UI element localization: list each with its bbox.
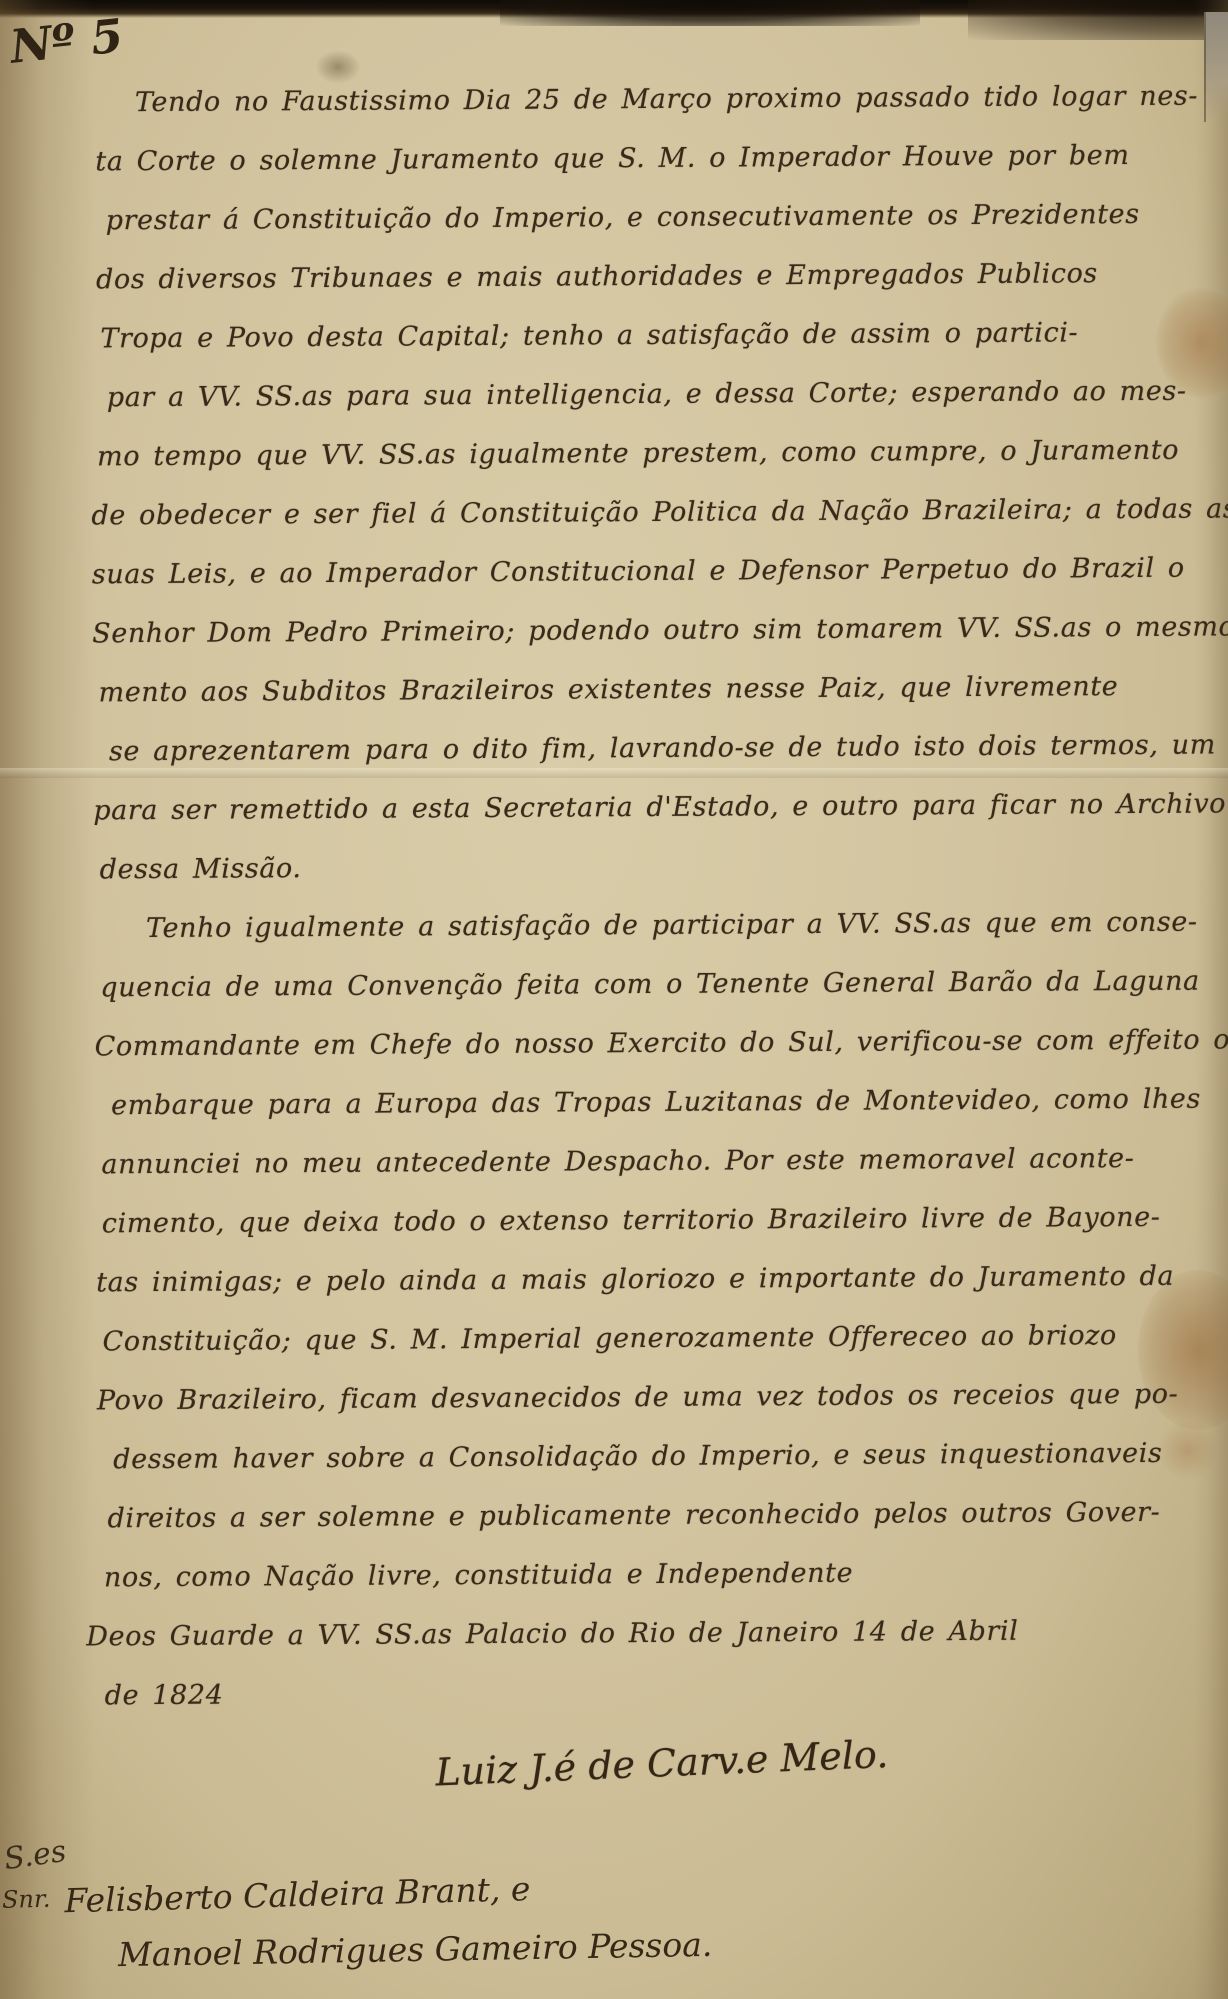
body-line: de obedecer e ser fiel á Constituição Po…	[91, 480, 1187, 546]
body-line: se aprezentarem para o dito fim, lavrand…	[109, 716, 1189, 782]
body-line: par a VV. SS.as para sua intelligencia, …	[107, 362, 1187, 428]
body-line: prestar á Constituição do Imperio, e con…	[106, 185, 1186, 251]
scan-top-edge-blob	[968, 0, 1228, 40]
manuscript-page: Nº 5 Tendo no Faustissimo Dia 25 de Març…	[0, 0, 1228, 1999]
body-line: suas Leis, e ao Imperador Constitucional…	[92, 539, 1188, 605]
body-line: direitos a ser solemne e publicamente re…	[107, 1483, 1193, 1549]
body-line: para ser remettido a esta Secretaria d'E…	[93, 775, 1189, 841]
letter-body: Tendo no Faustissimo Dia 25 de Março pro…	[95, 67, 1195, 1784]
body-line: Constituição; que S. M. Imperial generoz…	[102, 1306, 1192, 1372]
body-line: Povo Brazileiro, ficam desvanecidos de u…	[97, 1365, 1193, 1431]
addressee-line: Manoel Rodrigues Gameiro Pessoa.	[118, 1925, 713, 1974]
body-line: annunciei no meu antecedente Despacho. P…	[101, 1129, 1191, 1195]
closing-line: Deos Guarde a VV. SS.as Palacio do Rio d…	[86, 1601, 1194, 1667]
body-line: quencia de uma Convenção feita com o Ten…	[100, 952, 1190, 1018]
addressee-prefix: Snr.	[2, 1885, 51, 1914]
body-line: embarque para a Europa das Tropas Luzita…	[111, 1070, 1191, 1136]
body-line: dos diversos Tribunaes e mais authoridad…	[96, 244, 1186, 310]
page-gutter-shadow	[0, 0, 95, 1999]
body-line: Senhor Dom Pedro Primeiro; podendo outro…	[92, 598, 1188, 664]
dispatch-number: Nº 5	[7, 8, 125, 74]
body-line: Tropa e Povo desta Capital; tenho a sati…	[100, 303, 1186, 369]
page-right-edge	[1194, 0, 1228, 1999]
next-page-sliver	[1204, 12, 1228, 122]
body-line: Tenho igualmente a satisfação de partici…	[110, 893, 1190, 959]
body-line: Tendo no Faustissimo Dia 25 de Março pro…	[99, 67, 1185, 133]
body-line: nos, como Nação livre, constituida e Ind…	[104, 1542, 1194, 1608]
closing-line: de 1824	[105, 1660, 1195, 1726]
signature: Luiz J.é de Carv.e Melo.	[435, 1719, 1196, 1794]
body-line: cimento, que deixa todo o extenso territ…	[102, 1188, 1192, 1254]
body-line: ta Corte o solemne Juramento que S. M. o…	[95, 126, 1185, 192]
scan-top-edge-blob	[500, 0, 920, 26]
body-line: mo tempo que VV. SS.as igualmente preste…	[97, 421, 1187, 487]
body-line: mento aos Subditos Brazileiros existente…	[98, 657, 1188, 723]
body-line: tas inimigas; e pelo ainda a mais glorio…	[96, 1247, 1192, 1313]
body-line: Commandante em Chefe do nosso Exercito d…	[95, 1011, 1191, 1077]
body-line: dessem haver sobre a Consolidação do Imp…	[113, 1424, 1193, 1490]
body-line: dessa Missão.	[99, 834, 1189, 900]
addressee-name: Felisberto Caldeira Brant, e	[64, 1869, 531, 1920]
